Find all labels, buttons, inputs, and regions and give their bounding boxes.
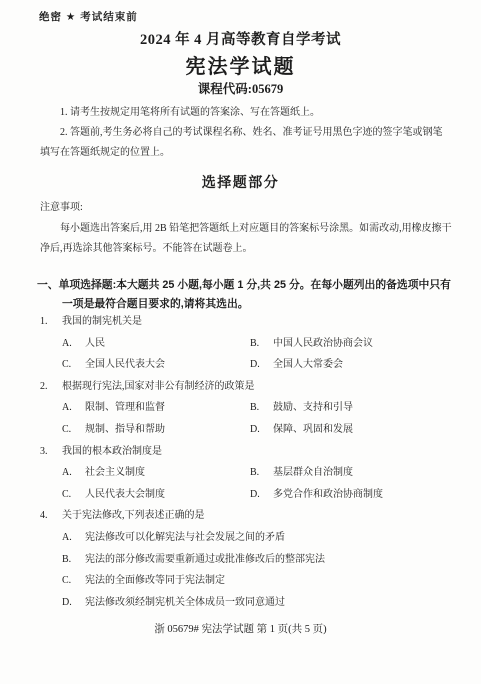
question-stem-text: 根据现行宪法,国家对非公有制经济的政策是 — [62, 381, 255, 392]
option-row: C.规制、指导和帮助 D.保障、巩固和发展 — [40, 419, 455, 441]
question-2: 2.根据现行宪法,国家对非公有制经济的政策是 A.限制、管理和监督 B.鼓励、支… — [40, 376, 455, 441]
general-instructions: 1. 请考生按规定用笔将所有试题的答案涂、写在答题纸上。 2. 答题前,考生务必… — [40, 103, 450, 163]
question-number: 4. — [40, 505, 62, 527]
exam-session-title: 2024 年 4 月高等教育自学考试 — [0, 28, 481, 49]
question-stem-text: 我国的制宪机关是 — [62, 316, 142, 327]
question-stem-text: 我国的根本政治制度是 — [62, 446, 162, 457]
option-label: C. — [62, 419, 85, 441]
option-label: C. — [62, 354, 85, 376]
option-text: 中国人民政治协商会议 — [273, 338, 373, 349]
notes-block: 注意事项: 每小题选出答案后,用 2B 铅笔把答题纸上对应题目的答案标号涂黑。如… — [40, 198, 452, 260]
option-c: C.人民代表大会制度 — [62, 484, 250, 506]
classification-banner: 绝密 ★ 考试结束前 — [39, 9, 138, 24]
option-d: D.宪法修改须经制宪机关全体成员一致同意通过 — [40, 592, 455, 614]
option-text: 宪法的全面修改等同于宪法制定 — [85, 575, 225, 586]
option-text: 人民 — [85, 338, 105, 349]
option-text: 宪法修改须经制宪机关全体成员一致同意通过 — [85, 597, 285, 608]
option-label: D. — [250, 354, 273, 376]
option-b: B.中国人民政治协商会议 — [250, 333, 455, 355]
option-text: 宪法修改可以化解宪法与社会发展之间的矛盾 — [85, 532, 285, 543]
question-number: 1. — [40, 311, 62, 333]
question-stem: 3.我国的根本政治制度是 — [40, 441, 455, 463]
option-text: 人民代表大会制度 — [85, 489, 165, 500]
option-text: 多党合作和政治协商制度 — [273, 489, 383, 500]
option-label: C. — [62, 484, 85, 506]
course-code: 课程代码:05679 — [0, 79, 481, 97]
option-label: A. — [62, 397, 85, 419]
option-label: A. — [62, 462, 85, 484]
option-a: A.宪法修改可以化解宪法与社会发展之间的矛盾 — [40, 527, 455, 549]
question-3: 3.我国的根本政治制度是 A.社会主义制度 B.基层群众自治制度 C.人民代表大… — [40, 441, 455, 506]
instruction-2: 2. 答题前,考生务必将自己的考试课程名称、姓名、准考证号用黑色字迹的签字笔或钢… — [40, 123, 450, 163]
option-label: A. — [62, 333, 85, 355]
part-one-heading: 一、单项选择题:本大题共 25 小题,每小题 1 分,共 25 分。在每小题列出… — [37, 276, 451, 313]
question-4: 4.关于宪法修改,下列表述正确的是 A.宪法修改可以化解宪法与社会发展之间的矛盾… — [40, 505, 455, 613]
instruction-1: 1. 请考生按规定用笔将所有试题的答案涂、写在答题纸上。 — [40, 103, 450, 123]
page-footer: 浙 05679# 宪法学试题 第 1 页(共 5 页) — [0, 621, 481, 636]
option-label: A. — [62, 527, 85, 549]
exam-paper-page: 绝密 ★ 考试结束前 2024 年 4 月高等教育自学考试 宪法学试题 课程代码… — [0, 0, 481, 684]
question-1: 1.我国的制宪机关是 A.人民 B.中国人民政治协商会议 C.全国人民代表大会 … — [40, 311, 455, 376]
question-list: 1.我国的制宪机关是 A.人民 B.中国人民政治协商会议 C.全国人民代表大会 … — [40, 311, 455, 613]
option-text: 鼓励、支持和引导 — [273, 402, 353, 413]
option-c: C.全国人民代表大会 — [62, 354, 250, 376]
question-stem: 4.关于宪法修改,下列表述正确的是 — [40, 505, 455, 527]
option-label: C. — [62, 570, 85, 592]
option-row: C.全国人民代表大会 D.全国人大常委会 — [40, 354, 455, 376]
option-label: B. — [62, 549, 85, 571]
option-d: D.保障、巩固和发展 — [250, 419, 455, 441]
option-b: B.基层群众自治制度 — [250, 462, 455, 484]
option-text: 基层群众自治制度 — [273, 467, 353, 478]
option-b: B.宪法的部分修改需要重新通过或批准修改后的整部宪法 — [40, 549, 455, 571]
option-a: A.社会主义制度 — [62, 462, 250, 484]
option-label: D. — [250, 484, 273, 506]
option-row: A.人民 B.中国人民政治协商会议 — [40, 333, 455, 355]
question-number: 3. — [40, 441, 62, 463]
option-a: A.限制、管理和监督 — [62, 397, 250, 419]
option-row: C.人民代表大会制度 D.多党合作和政治协商制度 — [40, 484, 455, 506]
option-text: 全国人民代表大会 — [85, 359, 165, 370]
question-number: 2. — [40, 376, 62, 398]
option-b: B.鼓励、支持和引导 — [250, 397, 455, 419]
option-label: B. — [250, 397, 273, 419]
option-label: D. — [62, 592, 85, 614]
option-d: D.全国人大常委会 — [250, 354, 455, 376]
option-d: D.多党合作和政治协商制度 — [250, 484, 455, 506]
option-row: A.限制、管理和监督 B.鼓励、支持和引导 — [40, 397, 455, 419]
option-text: 宪法的部分修改需要重新通过或批准修改后的整部宪法 — [85, 554, 325, 565]
option-c: C.宪法的全面修改等同于宪法制定 — [40, 570, 455, 592]
paper-title: 宪法学试题 — [0, 50, 481, 79]
option-label: B. — [250, 462, 273, 484]
option-label: B. — [250, 333, 273, 355]
notes-label: 注意事项: — [40, 198, 452, 219]
question-stem: 1.我国的制宪机关是 — [40, 311, 455, 333]
notes-body: 每小题选出答案后,用 2B 铅笔把答题纸上对应题目的答案标号涂黑。如需改动,用橡… — [40, 219, 452, 260]
option-row: A.社会主义制度 B.基层群众自治制度 — [40, 462, 455, 484]
option-text: 社会主义制度 — [85, 467, 145, 478]
option-text: 保障、巩固和发展 — [273, 424, 353, 435]
option-text: 限制、管理和监督 — [85, 402, 165, 413]
option-a: A.人民 — [62, 333, 250, 355]
option-c: C.规制、指导和帮助 — [62, 419, 250, 441]
section-title: 选择题部分 — [0, 172, 481, 192]
option-text: 全国人大常委会 — [273, 359, 343, 370]
option-label: D. — [250, 419, 273, 441]
question-stem-text: 关于宪法修改,下列表述正确的是 — [62, 510, 205, 521]
option-text: 规制、指导和帮助 — [85, 424, 165, 435]
question-stem: 2.根据现行宪法,国家对非公有制经济的政策是 — [40, 376, 455, 398]
